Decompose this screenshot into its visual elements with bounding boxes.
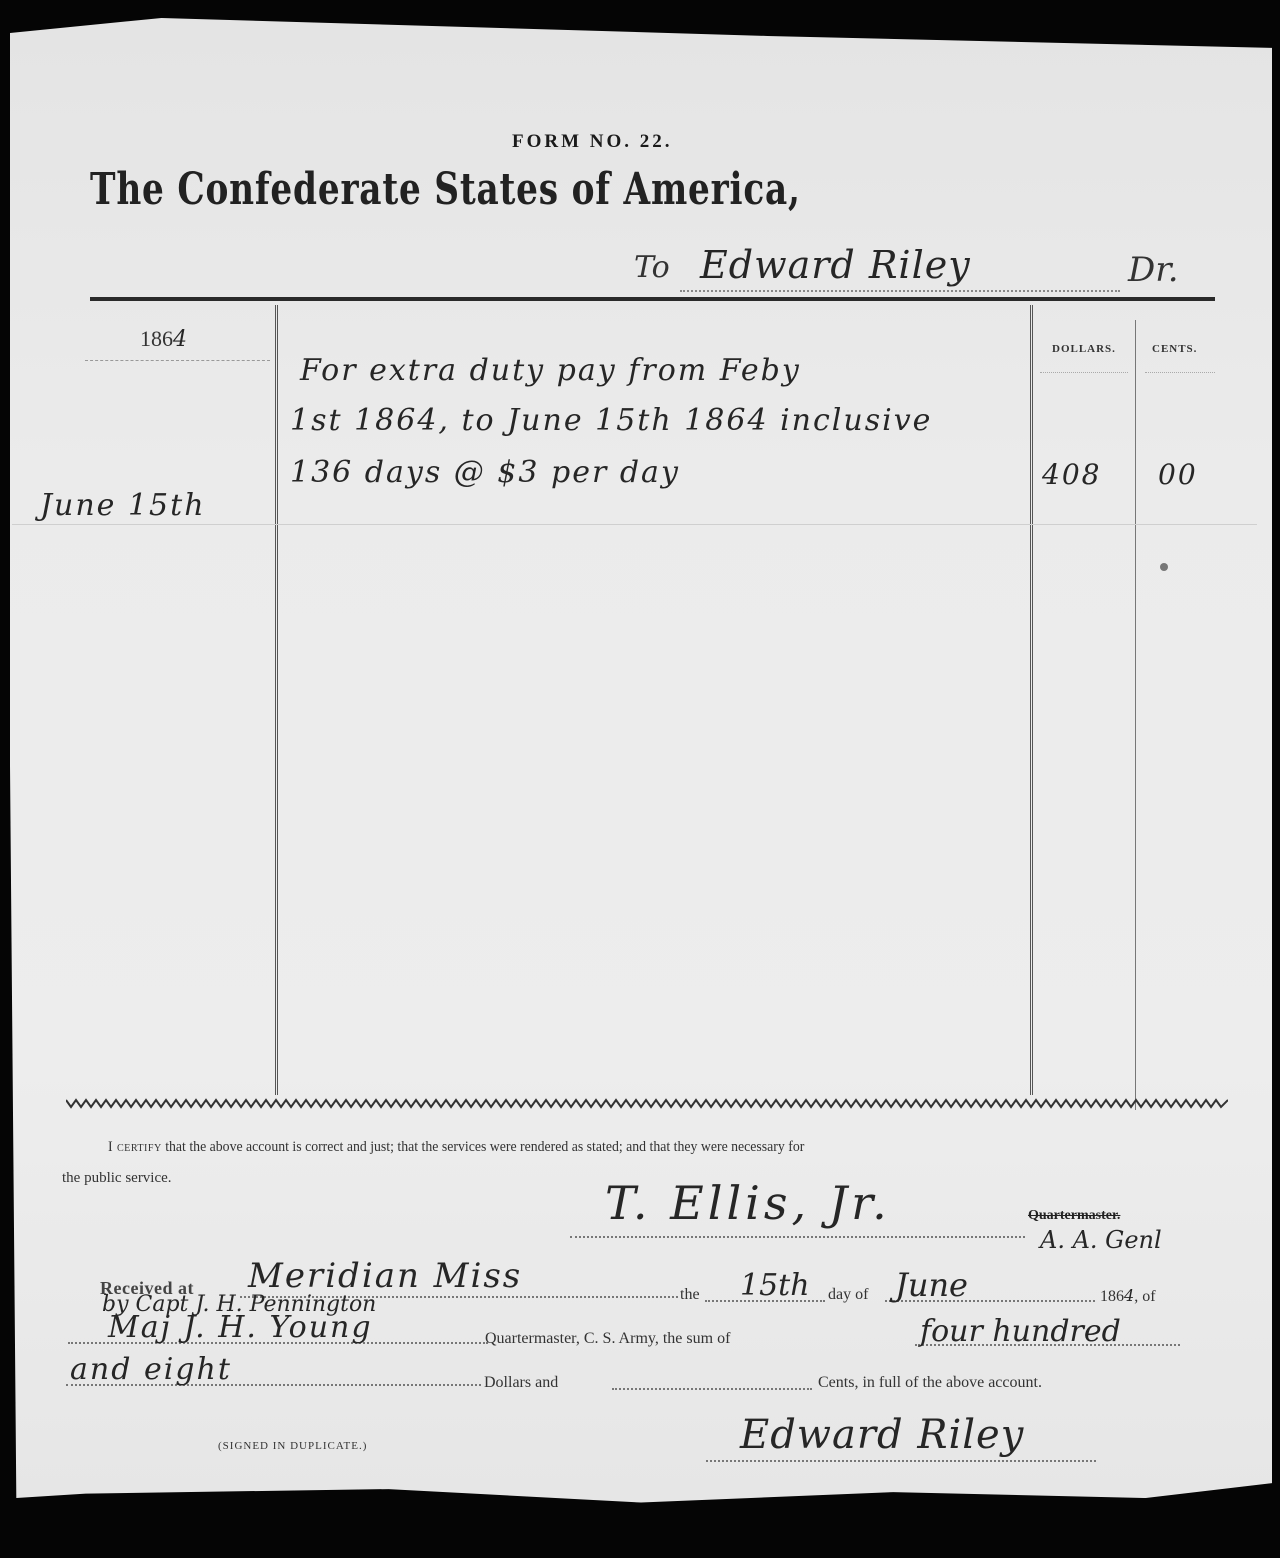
entry-description-line-2: 1st 1864, to June 15th 1864 inclusive [290,403,932,438]
payee-signature: Edward Riley [740,1412,1024,1458]
received-day: 15th [740,1268,810,1303]
certifier-signature: T. Ellis, Jr. [605,1176,891,1230]
entry-date: June 15th [40,488,206,523]
certifier-title-printed: Quartermaster. [1028,1208,1120,1224]
date-column-divider [275,305,278,1095]
ledger-year-printed: 186 [140,326,173,351]
entry-cents: 00 [1158,458,1198,491]
ledger-year-handwritten: 4 [173,327,187,352]
certify-body: that the above account is correct and ju… [165,1139,804,1155]
to-label: To [634,250,670,285]
entry-description-line-1: For extra duty pay from Feby [300,353,801,388]
payee-signature-line [706,1460,1096,1462]
cents-line [612,1388,812,1390]
cents-column-header: CENTS. [1152,343,1197,355]
certifier-title-handwritten: A. A. Genl [1040,1226,1162,1254]
certify-lead: I certify [108,1139,162,1155]
year-rule [85,360,270,361]
certification-text: I certify that the above account is corr… [108,1138,1129,1156]
signed-in-duplicate-label: (SIGNED IN DUPLICATE.) [218,1440,367,1452]
cents-in-full-label: Cents, in full of the above account. [818,1374,1042,1392]
document-heading: The Confederate States of America, [90,164,801,215]
entry-description-line-3: 136 days @ $3 per day [290,455,680,490]
received-month: June [895,1266,968,1304]
ink-speck [1160,563,1168,571]
dollars-column-header: DOLLARS. [1052,343,1116,355]
entry-row-rule [12,524,1257,525]
of-label: , of [1134,1288,1155,1305]
certifier-signature-line [570,1236,1025,1238]
document-paper [10,18,1272,1513]
header-rule [90,297,1215,301]
entry-dollars: 408 [1042,458,1101,491]
dollars-header-rule [1040,372,1128,373]
dollars-and-label: Dollars and [484,1374,558,1392]
cents-header-rule [1145,372,1215,373]
received-location: Meridian Miss [248,1256,522,1296]
wavy-separator [66,1096,1228,1110]
form-number: FORM NO. 22. [512,131,673,153]
day-of-label: day of [828,1286,868,1304]
sum-in-words-1: four hundred [920,1314,1121,1349]
payee-underline [680,290,1120,292]
paying-officer-line-2: Maj J. H. Young [108,1310,373,1345]
cents-column-divider [1135,320,1136,1110]
debtor-label: Dr. [1128,250,1179,290]
amount-column-divider [1030,305,1033,1095]
received-year-handwritten: 4 [1124,1286,1134,1305]
the-label: the [680,1286,700,1304]
sum-in-words-2: and eight [70,1352,232,1387]
received-year-printed: 186 [1100,1288,1124,1305]
payee-name: Edward Riley [700,243,971,287]
certify-continuation: the public service. [62,1170,172,1187]
received-year: 1864, of [1100,1286,1156,1306]
ledger-year: 1864 [140,326,187,352]
quartermaster-label: Quartermaster, C. S. Army, the sum of [485,1330,730,1348]
